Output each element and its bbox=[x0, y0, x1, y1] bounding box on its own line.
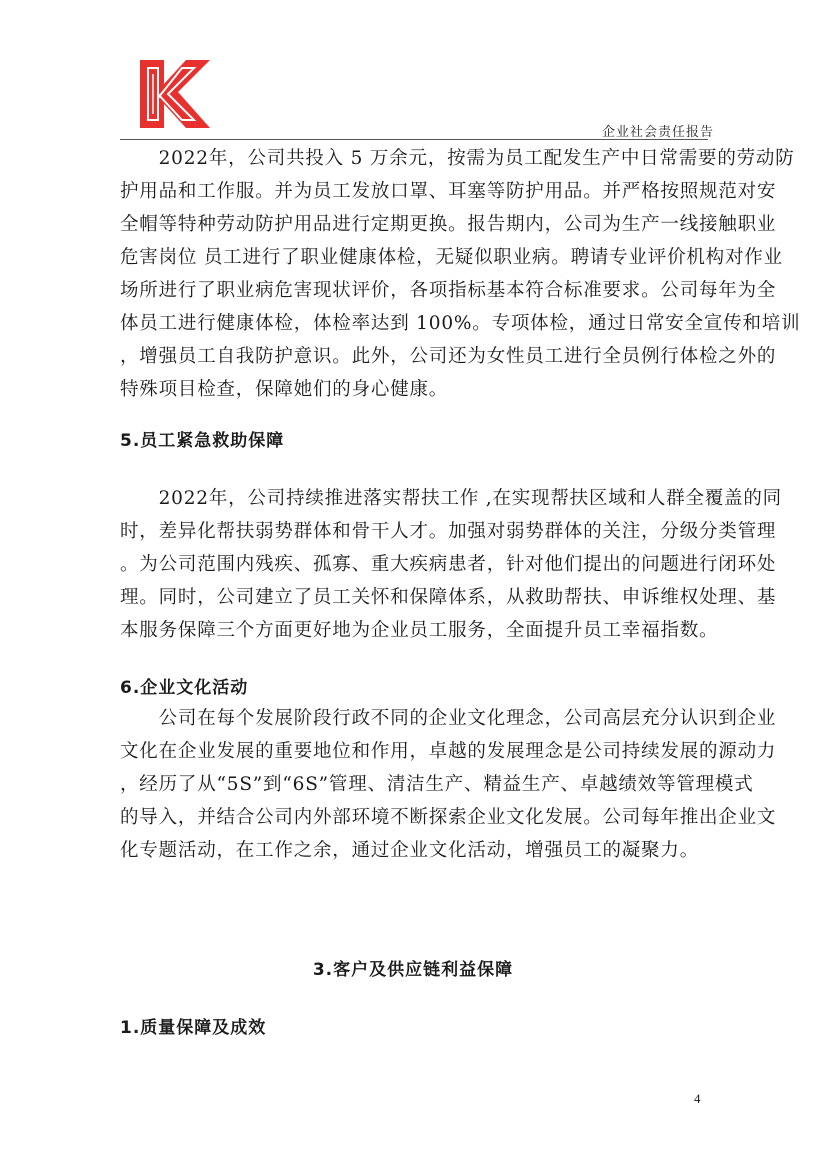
text-line: 时，差异化帮扶弱势群体和骨干人才。加强对弱势群体的关注，分级分类管理 bbox=[120, 515, 710, 548]
text-line: 化专题活动，在工作之余，通过企业文化活动，增强员工的凝聚力。 bbox=[120, 834, 710, 867]
report-title: 企业社会责任报告 bbox=[602, 121, 714, 140]
text-line: 2022年，公司持续推进落实帮扶工作 ,在实现帮扶区域和人群全覆盖的同 bbox=[120, 482, 710, 515]
section-heading-corporate-culture: 6.企业文化活动 bbox=[120, 673, 248, 698]
text-line: 全帽等特种劳动防护用品进行定期更换。报告期内，公司为生产一线接触职业 bbox=[120, 208, 710, 241]
text-line: 文化在企业发展的重要地位和作用，卓越的发展理念是公司持续发展的源动力 bbox=[120, 735, 710, 768]
text-line: 护用品和工作服。并为员工发放口罩、耳塞等防护用品。并严格按照规范对安 bbox=[120, 175, 710, 208]
section-heading-emergency-aid: 5.员工紧急救助保障 bbox=[120, 426, 284, 451]
chapter-heading-customer-supply-chain: 3.客户及供应链利益保障 bbox=[0, 955, 826, 980]
section-heading-quality-assurance: 1.质量保障及成效 bbox=[120, 1013, 266, 1038]
text-line: 本服务保障三个方面更好地为企业员工服务，全面提升员工幸福指数。 bbox=[120, 614, 710, 647]
paragraph-protective-equipment: 2022年，公司共投入 5 万余元，按需为员工配发生产中日常需要的劳动防 护用品… bbox=[120, 142, 710, 406]
text-line: 体员工进行健康体检，体检率达到 100%。专项体检，通过日常安全宣传和培训 bbox=[120, 307, 710, 340]
text-line: 特殊项目检查，保障她们的身心健康。 bbox=[120, 373, 710, 406]
company-logo-icon bbox=[138, 58, 212, 130]
text-line: ，增强员工自我防护意识。此外，公司还为女性员工进行全员例行体检之外的 bbox=[120, 340, 710, 373]
paragraph-corporate-culture: 公司在每个发展阶段行政不同的企业文化理念，公司高层充分认识到企业 文化在企业发展… bbox=[120, 702, 710, 867]
text-line: 2022年，公司共投入 5 万余元，按需为员工配发生产中日常需要的劳动防 bbox=[120, 142, 710, 175]
paragraph-emergency-aid: 2022年，公司持续推进落实帮扶工作 ,在实现帮扶区域和人群全覆盖的同 时，差异… bbox=[120, 482, 710, 647]
text-line: 场所进行了职业病危害现状评价，各项指标基本符合标准要求。公司每年为全 bbox=[120, 274, 710, 307]
page-number: 4 bbox=[694, 1091, 701, 1107]
text-line: ，经历了从“5S”到“6S”管理、清洁生产、精益生产、卓越绩效等管理模式 bbox=[120, 768, 710, 801]
text-line: 危害岗位 员工进行了职业健康体检，无疑似职业病。聘请专业评价机构对作业 bbox=[120, 241, 710, 274]
text-line: 公司在每个发展阶段行政不同的企业文化理念，公司高层充分认识到企业 bbox=[120, 702, 710, 735]
text-line: 。为公司范围内残疾、孤寡、重大疾病患者，针对他们提出的问题进行闭环处 bbox=[120, 548, 710, 581]
header-divider bbox=[120, 139, 708, 140]
text-line: 理。同时，公司建立了员工关怀和保障体系，从救助帮扶、申诉维权处理、基 bbox=[120, 581, 710, 614]
text-line: 的导入，并结合公司内外部环境不断探索企业文化发展。公司每年推出企业文 bbox=[120, 801, 710, 834]
